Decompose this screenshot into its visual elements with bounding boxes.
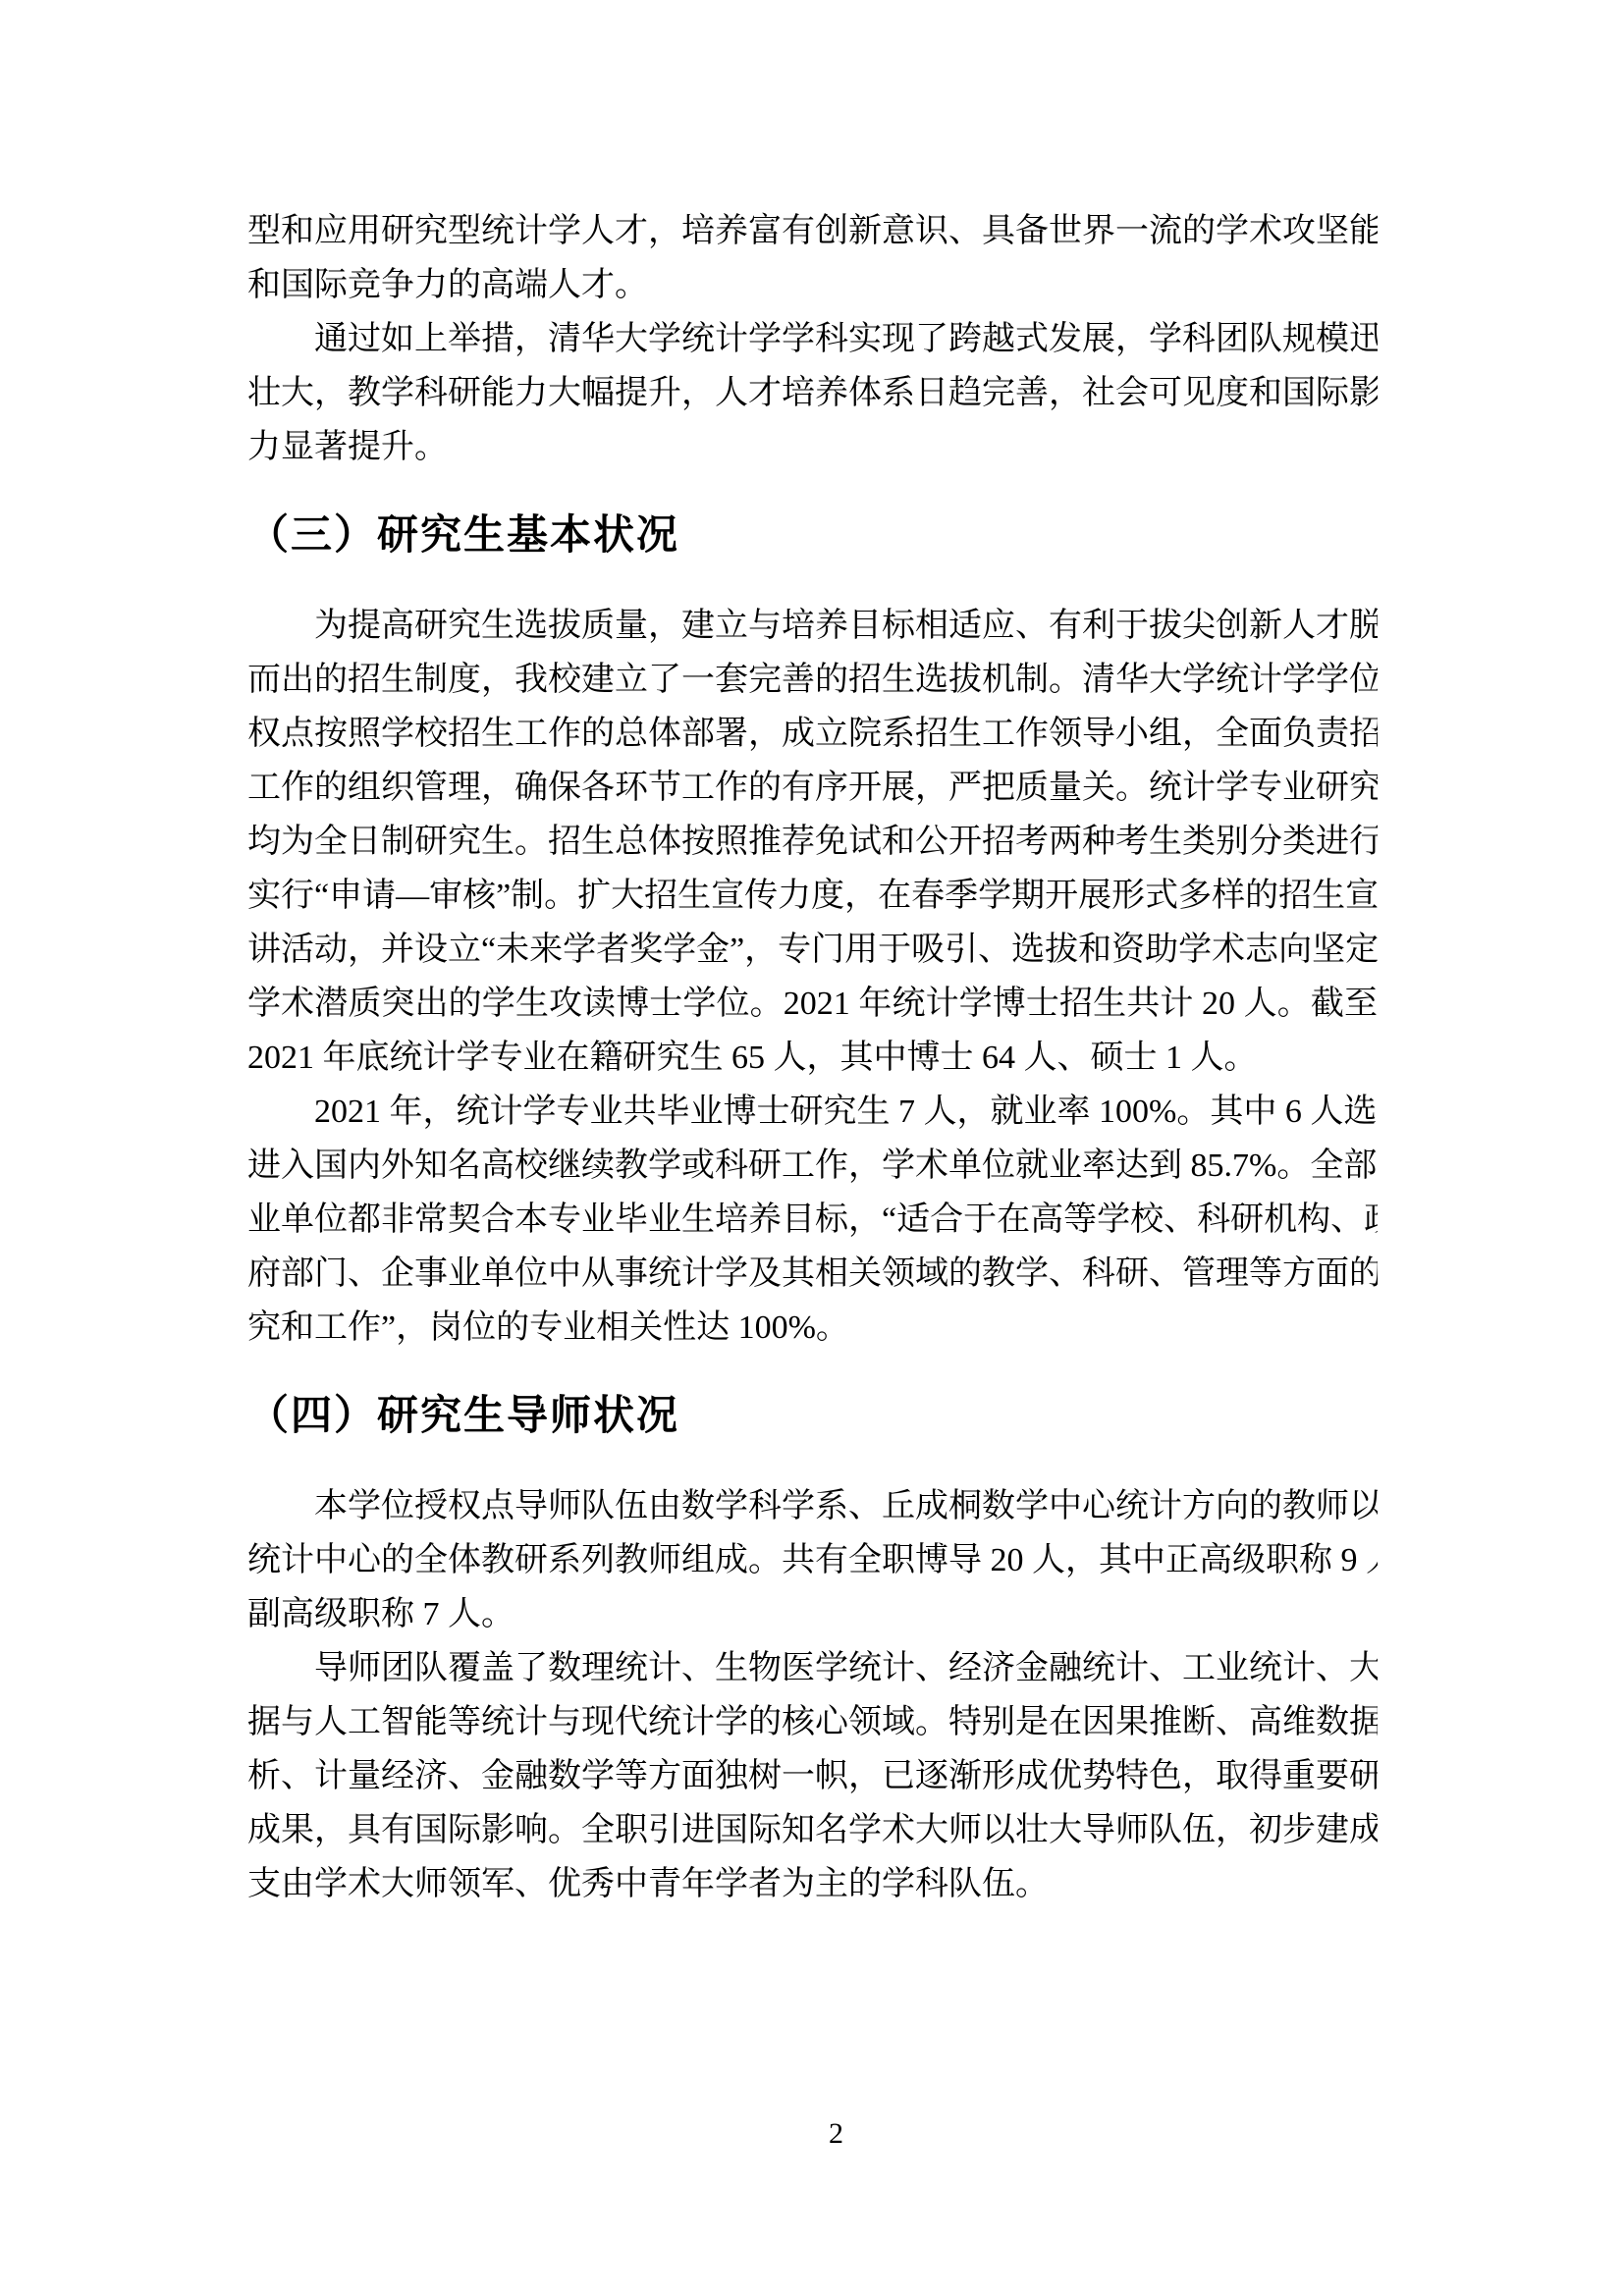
text-line: 学术潜质突出的学生攻读博士学位。2021 年统计学博士招生共计 20 人。截至 bbox=[247, 977, 1378, 1031]
text-line: 据与人工智能等统计与现代统计学的核心领域。特别是在因果推断、高维数据分 bbox=[247, 1695, 1378, 1749]
text-line: 为提高研究生选拔质量，建立与培养目标相适应、有利于拔尖创新人才脱颖 bbox=[247, 599, 1378, 653]
text-line: 成果，具有国际影响。全职引进国际知名学术大师以壮大导师队伍，初步建成一 bbox=[247, 1803, 1378, 1857]
text-line: 2021 年底统计学专业在籍研究生 65 人，其中博士 64 人、硕士 1 人。 bbox=[247, 1031, 1378, 1085]
text-line: 析、计量经济、金融数学等方面独树一帜，已逐渐形成优势特色，取得重要研究 bbox=[247, 1749, 1378, 1803]
paragraph: 本学位授权点导师队伍由数学科学系、丘成桐数学中心统计方向的教师以及 统计中心的全… bbox=[247, 1479, 1378, 1641]
page-footer: 2 bbox=[271, 2112, 1401, 2156]
section-heading-graduate-basic-status: （三）研究生基本状况 bbox=[247, 507, 1378, 561]
text-line: 均为全日制研究生。招生总体按照推荐免试和公开招考两种考生类别分类进行， bbox=[247, 815, 1378, 869]
document-page: 型和应用研究型统计学人才，培养富有创新意识、具备世界一流的学术攻坚能力 和国际竞… bbox=[0, 0, 1624, 2296]
text-line: 统计中心的全体教研系列教师组成。共有全职博导 20 人，其中正高级职称 9 人， bbox=[247, 1533, 1378, 1587]
section-heading-graduate-supervisors: （四）研究生导师状况 bbox=[247, 1388, 1378, 1442]
text-line: 讲活动，并设立“未来学者奖学金”，专门用于吸引、选拔和资助学术志向坚定、 bbox=[247, 923, 1378, 977]
text-line: 2021 年，统计学专业共毕业博士研究生 7 人，就业率 100%。其中 6 人… bbox=[247, 1085, 1378, 1139]
page-number: 2 bbox=[829, 2117, 843, 2150]
text-line: 实行“申请—审核”制。扩大招生宣传力度，在春季学期开展形式多样的招生宣 bbox=[247, 869, 1378, 923]
text-line: 业单位都非常契合本专业毕业生培养目标，“适合于在高等学校、科研机构、政 bbox=[247, 1193, 1378, 1247]
paragraph: 2021 年，统计学专业共毕业博士研究生 7 人，就业率 100%。其中 6 人… bbox=[247, 1085, 1378, 1355]
text-line: 型和应用研究型统计学人才，培养富有创新意识、具备世界一流的学术攻坚能力 bbox=[247, 204, 1378, 258]
text-line: 和国际竞争力的高端人才。 bbox=[247, 258, 1378, 312]
text-line: 副高级职称 7 人。 bbox=[247, 1587, 1378, 1641]
text-line: 府部门、企事业单位中从事统计学及其相关领域的教学、科研、管理等方面的研 bbox=[247, 1247, 1378, 1301]
page-content: 型和应用研究型统计学人才，培养富有创新意识、具备世界一流的学术攻坚能力 和国际竞… bbox=[247, 204, 1378, 1911]
text-line: 支由学术大师领军、优秀中青年学者为主的学科队伍。 bbox=[247, 1857, 1378, 1911]
text-line: 通过如上举措，清华大学统计学学科实现了跨越式发展，学科团队规模迅速 bbox=[247, 312, 1378, 366]
text-line: 工作的组织管理，确保各环节工作的有序开展，严把质量关。统计学专业研究生 bbox=[247, 761, 1378, 815]
text-line: 究和工作”，岗位的专业相关性达 100%。 bbox=[247, 1301, 1378, 1355]
text-line: 权点按照学校招生工作的总体部署，成立院系招生工作领导小组，全面负责招生 bbox=[247, 707, 1378, 761]
paragraph-continuation: 型和应用研究型统计学人才，培养富有创新意识、具备世界一流的学术攻坚能力 和国际竞… bbox=[247, 204, 1378, 312]
text-line: 壮大，教学科研能力大幅提升，人才培养体系日趋完善，社会可见度和国际影响 bbox=[247, 366, 1378, 420]
text-line: 而出的招生制度，我校建立了一套完善的招生选拔机制。清华大学统计学学位授 bbox=[247, 653, 1378, 707]
text-line: 本学位授权点导师队伍由数学科学系、丘成桐数学中心统计方向的教师以及 bbox=[247, 1479, 1378, 1533]
paragraph: 为提高研究生选拔质量，建立与培养目标相适应、有利于拔尖创新人才脱颖 而出的招生制… bbox=[247, 599, 1378, 1085]
text-line: 导师团队覆盖了数理统计、生物医学统计、经济金融统计、工业统计、大数 bbox=[247, 1641, 1378, 1695]
text-line: 进入国内外知名高校继续教学或科研工作，学术单位就业率达到 85.7%。全部就 bbox=[247, 1139, 1378, 1193]
text-line: 力显著提升。 bbox=[247, 420, 1378, 474]
paragraph: 导师团队覆盖了数理统计、生物医学统计、经济金融统计、工业统计、大数 据与人工智能… bbox=[247, 1641, 1378, 1911]
paragraph: 通过如上举措，清华大学统计学学科实现了跨越式发展，学科团队规模迅速 壮大，教学科… bbox=[247, 312, 1378, 474]
